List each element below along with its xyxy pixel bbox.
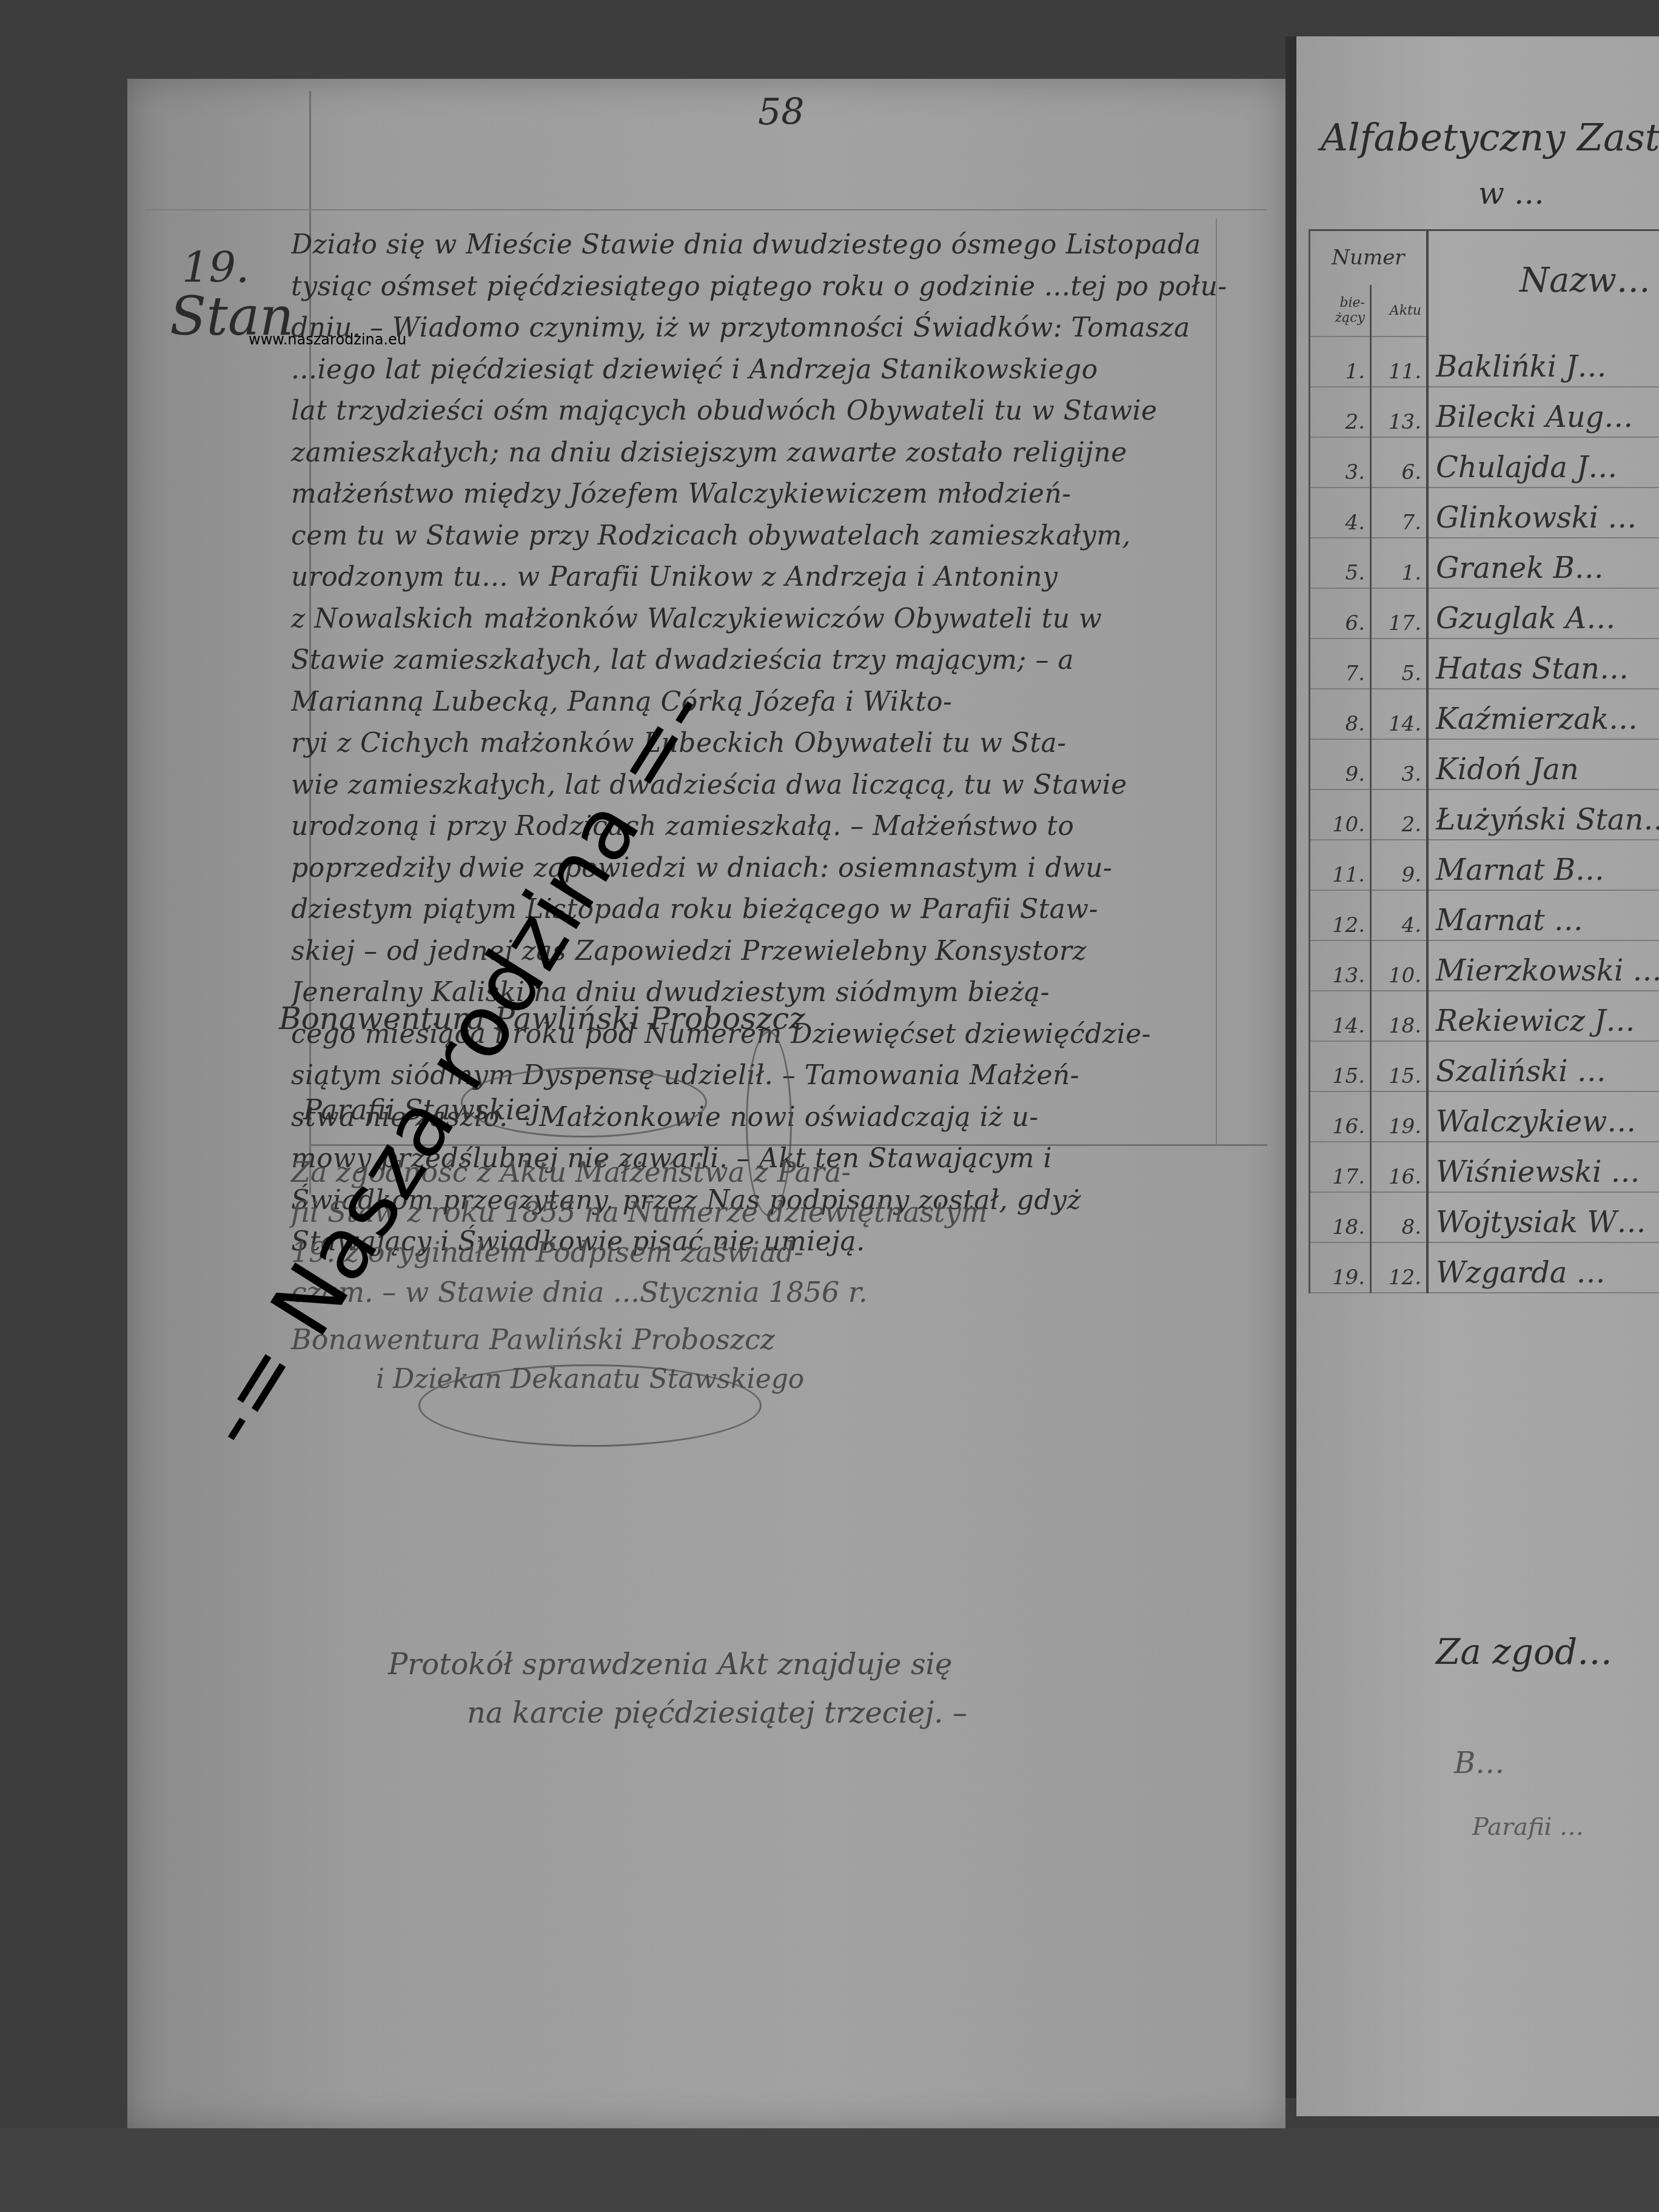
text-line: ryi z Cichych małżonków Lubeckich Obywat… [291, 723, 1249, 765]
cell-current: 17. [1310, 1142, 1371, 1192]
text-line: Protokół sprawdzenia Akt znajduje się [388, 1640, 1176, 1689]
cell-name: Marnat … [1427, 890, 1659, 940]
cell-current: 2. [1310, 387, 1371, 437]
cell-name: Wiśniewski … [1427, 1142, 1659, 1192]
cell-current: 5. [1310, 538, 1371, 588]
cell-name: Bilecki Aug… [1427, 387, 1659, 437]
cell-act: 1. [1371, 538, 1428, 588]
cell-name: Mierzkowski … [1427, 940, 1659, 991]
cell-name: Baklińki J… [1427, 337, 1659, 387]
table-row: 16.19.Walczykiew… [1310, 1091, 1659, 1142]
cell-act: 5. [1371, 638, 1428, 689]
text-line: urodzoną i przy Rodzicach zamieszkałą. –… [291, 806, 1249, 848]
cell-current: 3. [1310, 437, 1371, 488]
cell-name: Gzuglak A… [1427, 588, 1659, 638]
text-line: tysiąc ośmset pięćdziesiątego piątego ro… [291, 266, 1249, 308]
cell-act: 13. [1371, 387, 1428, 437]
watermark-url: www.naszarodzina.eu [249, 331, 406, 348]
text-line: czam. – w Stawie dnia ...Stycznia 1856 r… [291, 1272, 1261, 1312]
cell-current: 8. [1310, 689, 1371, 739]
text-line: zamieszkałych; na dniu dzisiejszym zawar… [291, 432, 1249, 474]
verification-note: Protokół sprawdzenia Akt znajduje się na… [388, 1640, 1176, 1737]
text-line: dniu. – Wiadomo czynimy, iż w przytomnoś… [291, 307, 1249, 349]
page-number: 58 [758, 91, 804, 133]
text-line: Działo się w Mieście Stawie dnia dwudzie… [291, 224, 1249, 266]
cell-current: 14. [1310, 991, 1371, 1041]
table-row: 15.15.Szaliński … [1310, 1041, 1659, 1091]
cell-act: 19. [1371, 1091, 1428, 1142]
cell-act: 14. [1371, 689, 1428, 739]
cell-name: Wzgarda … [1427, 1242, 1659, 1293]
cell-act: 6. [1371, 437, 1428, 488]
table-row: 2.13.Bilecki Aug… [1310, 387, 1659, 437]
text-line: urodzonym tu... w Parafii Unikow z Andrz… [291, 557, 1249, 598]
table-row: 8.14.Kaźmierzak… [1310, 689, 1659, 739]
index-footer-parish: Parafii … [1472, 1813, 1584, 1841]
text-line: Stawie zamieszkałych, lat dwadzieścia tr… [291, 640, 1249, 682]
cell-name: Granek B… [1427, 538, 1659, 588]
table-row: 17.16.Wiśniewski … [1310, 1142, 1659, 1192]
cell-act: 16. [1371, 1142, 1428, 1192]
text-line: fii Staw z roku 1855 na Numerze dziewięt… [291, 1192, 1261, 1232]
header-numer: Numer [1310, 230, 1428, 285]
annotation-flourish [418, 1364, 762, 1447]
header-col-act: Aktu [1371, 285, 1428, 337]
table-row: 18.8.Wojtysiak W… [1310, 1192, 1659, 1242]
index-title: Alfabetyczny Zastaw… [1321, 115, 1659, 159]
table-row: 3.6.Chulajda J… [1310, 437, 1659, 488]
cell-name: Chulajda J… [1427, 437, 1659, 488]
cell-current: 11. [1310, 840, 1371, 890]
cell-name: Glinkowski … [1427, 488, 1659, 538]
cell-current: 16. [1310, 1091, 1371, 1142]
table-row: 1.11.Baklińki J… [1310, 337, 1659, 387]
index-subtitle: w … [1478, 176, 1544, 211]
table-row: 11.9.Marnat B… [1310, 840, 1659, 890]
alphabetical-index-table: Numer Nazw… bie-żący Aktu 1.11.Baklińki … [1309, 230, 1659, 1293]
cell-current: 6. [1310, 588, 1371, 638]
right-page: Alfabetyczny Zastaw… w … Numer Nazw… bie… [1296, 36, 1659, 2116]
cell-act: 9. [1371, 840, 1428, 890]
cell-current: 7. [1310, 638, 1371, 689]
text-line: na karcie pięćdziesiątej trzeciej. – [467, 1689, 1176, 1737]
table-row: 9.3.Kidoń Jan [1310, 739, 1659, 789]
cell-current: 4. [1310, 488, 1371, 538]
cell-current: 13. [1310, 940, 1371, 991]
cell-name: Kaźmierzak… [1427, 689, 1659, 739]
table-row: 5.1.Granek B… [1310, 538, 1659, 588]
book-gutter [1285, 36, 1296, 2098]
text-line: cem tu w Stawie przy Rodzicach obywatela… [291, 515, 1249, 557]
text-line: poprzedziły dwie zapowiedzi w dniach: os… [291, 848, 1249, 890]
header-col-current: bie-żący [1310, 285, 1371, 337]
cell-name: Szaliński … [1427, 1041, 1659, 1091]
text-line: skiej – od jednej zaś Zapowiedzi Przewie… [291, 931, 1249, 973]
table-row: 14.18.Rekiewicz J… [1310, 991, 1659, 1041]
cell-act: 10. [1371, 940, 1428, 991]
cell-name: Walczykiew… [1427, 1091, 1659, 1142]
cell-act: 2. [1371, 789, 1428, 840]
margin-rule-horizontal [146, 209, 1267, 210]
cell-current: 1. [1310, 337, 1371, 387]
scan-bottom-shadow [0, 2128, 1659, 2212]
text-line: wie zamieszkałych, lat dwadzieścia dwa l… [291, 765, 1249, 806]
text-line: z Nowalskich małżonków Walczykiewiczów O… [291, 598, 1249, 640]
header-name: Nazw… [1427, 230, 1659, 337]
cell-act: 18. [1371, 991, 1428, 1041]
cell-current: 15. [1310, 1041, 1371, 1091]
text-line: dziestym piątym Listopada roku bieżącego… [291, 889, 1249, 931]
table-row: 12.4.Marnat … [1310, 890, 1659, 940]
table-row: 13.10.Mierzkowski … [1310, 940, 1659, 991]
cell-name: Marnat B… [1427, 840, 1659, 890]
cell-current: 19. [1310, 1242, 1371, 1293]
text-line: ...iego lat pięćdziesiąt dziewięć i Andr… [291, 349, 1249, 391]
cell-act: 7. [1371, 488, 1428, 538]
table-row: 4.7.Glinkowski … [1310, 488, 1659, 538]
cell-name: Łużyński Stan… [1427, 789, 1659, 840]
text-line: małżeństwo między Józefem Walczykiewicze… [291, 474, 1249, 515]
cell-act: 12. [1371, 1242, 1428, 1293]
text-line: 19. z oryginałem Podpisem zaświad- [291, 1232, 1261, 1272]
cell-current: 18. [1310, 1192, 1371, 1242]
text-line: Marianną Lubecką, Panną Córką Józefa i W… [291, 682, 1249, 723]
table-row: 7.5.Hatas Stan… [1310, 638, 1659, 689]
cell-name: Wojtysiak W… [1427, 1192, 1659, 1242]
cell-act: 4. [1371, 890, 1428, 940]
cell-current: 9. [1310, 739, 1371, 789]
cell-act: 15. [1371, 1041, 1428, 1091]
table-row: 19.12.Wzgarda … [1310, 1242, 1659, 1293]
annotation-signature: Bonawentura Pawliński Proboszcz [291, 1319, 1261, 1359]
text-line: lat trzydzieści ośm mających obudwóch Ob… [291, 390, 1249, 432]
cell-name: Hatas Stan… [1427, 638, 1659, 689]
cell-name: Rekiewicz J… [1427, 991, 1659, 1041]
cell-current: 12. [1310, 890, 1371, 940]
index-footer-line: Za zgod… [1436, 1631, 1612, 1672]
table-row: 6.17.Gzuglak A… [1310, 588, 1659, 638]
table-row: 10.2.Łużyński Stan… [1310, 789, 1659, 840]
cell-act: 8. [1371, 1192, 1428, 1242]
index-footer-signature: B… [1454, 1746, 1504, 1780]
cell-act: 17. [1371, 588, 1428, 638]
cell-act: 3. [1371, 739, 1428, 789]
cell-current: 10. [1310, 789, 1371, 840]
cell-act: 11. [1371, 337, 1428, 387]
cell-name: Kidoń Jan [1427, 739, 1659, 789]
